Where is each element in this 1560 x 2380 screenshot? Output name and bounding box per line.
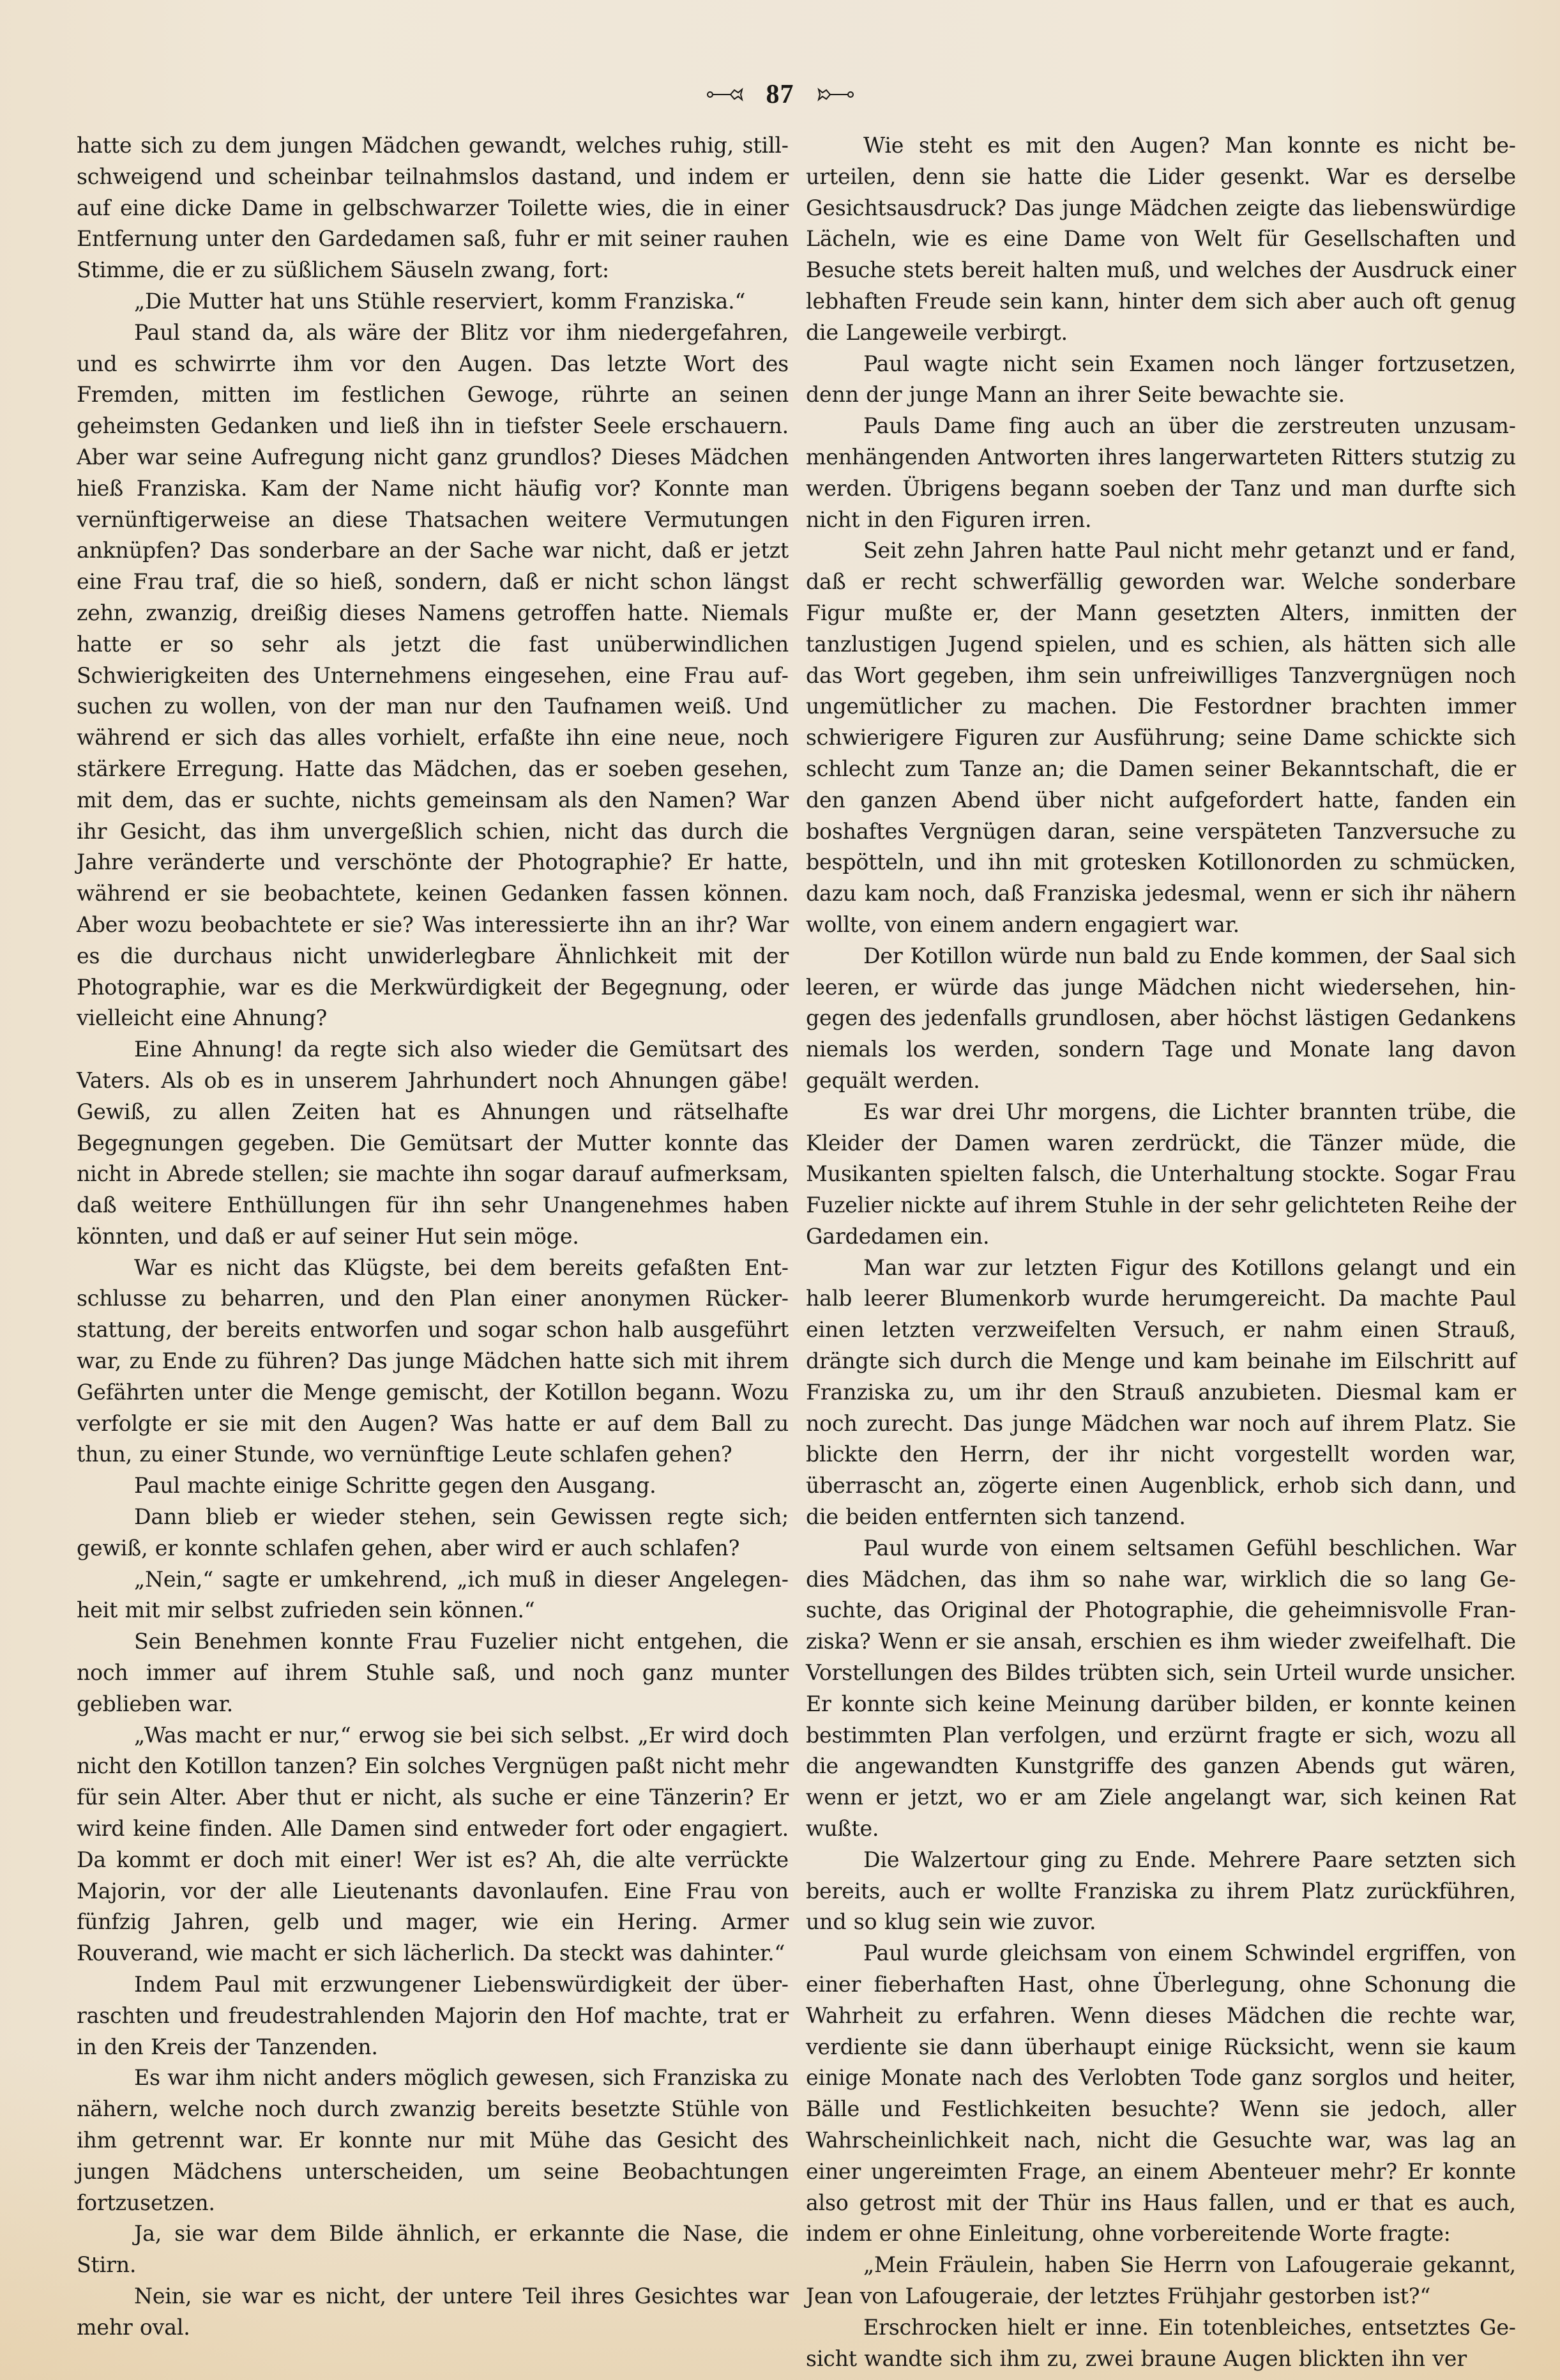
page-header: 87 [0,75,1560,114]
paragraph: War es nicht das Klügste, bei dem bereit… [77,1253,789,1471]
left-column: hatte sich zu dem jungen Mädchen gewandt… [77,130,789,2344]
paragraph: Eine Ahnung! da regte sich also wieder d… [77,1034,789,1253]
paragraph-quote: „Die Mutter hat uns Stühle reserviert, k… [77,286,789,317]
page-number: 87 [766,79,794,110]
paragraph: Nein, sie war es nicht, der untere Teil … [77,2281,789,2344]
paragraph: Paul wagte nicht sein Examen noch länger… [806,349,1516,411]
paragraph: Sein Benehmen konnte Frau Fuzelier nicht… [77,1626,789,1720]
paragraph: Wie steht es mit den Augen? Man konnte e… [806,130,1516,349]
paragraph: hatte sich zu dem jungen Mädchen gewandt… [77,130,789,286]
paragraph-quote: „Mein Fräulein, haben Sie Herrn von Lafo… [806,2250,1516,2312]
right-column: Wie steht es mit den Augen? Man konnte e… [806,130,1516,2374]
paragraph-quote: „Nein,“ sagte er umkehrend, „ich muß in … [77,1564,789,1627]
ornament-right-icon [816,87,854,102]
paragraph: Es war drei Uhr morgens, die Lichter bra… [806,1097,1516,1253]
paragraph: Man war zur letzten Figur des Kotillons … [806,1253,1516,1533]
paragraph: Pauls Dame fing auch an über die zerstre… [806,411,1516,535]
paragraph: Es war ihm nicht anders möglich gewesen,… [77,2063,789,2218]
paragraph: Seit zehn Jahren hatte Paul nicht mehr g… [806,535,1516,940]
paragraph: Paul wurde gleichsam von einem Schwindel… [806,1938,1516,2250]
paragraph: Indem Paul mit erzwungener Liebenswürdig… [77,1969,789,2063]
paragraph: Die Walzertour ging zu Ende. Mehrere Paa… [806,1845,1516,1938]
paragraph: Paul wurde von einem seltsamen Gefühl be… [806,1533,1516,1845]
paragraph: Erschrocken hielt er inne. Ein totenblei… [806,2312,1516,2375]
paragraph-quote: „Was macht er nur,“ erwog sie bei sich s… [77,1720,789,1969]
paragraph: Dann blieb er wieder stehen, sein Gewiss… [77,1502,789,1564]
paragraph: Paul stand da, als wäre der Blitz vor ih… [77,317,789,1034]
paragraph: Der Kotillon würde nun bald zu Ende komm… [806,941,1516,1097]
paragraph: Paul machte einige Schritte gegen den Au… [77,1470,789,1502]
paragraph: Ja, sie war dem Bilde ähnlich, er erkann… [77,2218,789,2281]
ornament-left-icon [706,87,745,102]
